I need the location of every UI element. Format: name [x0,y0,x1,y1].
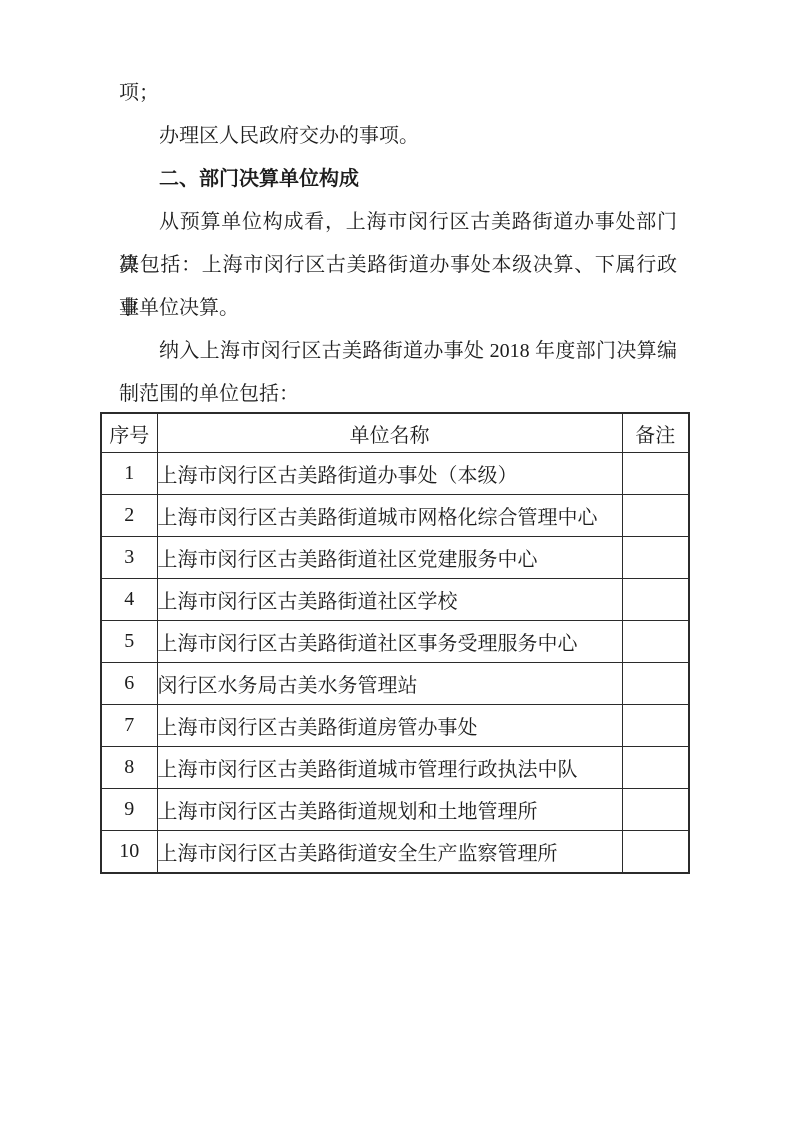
header-index: 序号 [101,413,157,453]
cell-remarks [622,495,689,537]
cell-index: 5 [101,621,157,663]
cell-remarks [622,789,689,831]
cell-index: 3 [101,537,157,579]
paragraph-scope-line-1: 从预算单位构成看，上海市闵行区古美路街道办事处部门决 [119,201,677,244]
cell-index: 2 [101,495,157,537]
section-heading: 二、部门决算单位构成 [119,158,677,201]
units-table: 序号 单位名称 备注 1 上海市闵行区古美路街道办事处（本级） 2 上海市闵行区… [100,412,690,874]
table-header-row: 序号 单位名称 备注 [101,413,689,453]
table-row: 9 上海市闵行区古美路街道规划和土地管理所 [101,789,689,831]
cell-remarks [622,705,689,747]
cell-remarks [622,537,689,579]
cell-remarks [622,621,689,663]
document-page: 项； 办理区人民政府交办的事项。 二、部门决算单位构成 从预算单位构成看，上海市… [0,0,793,1122]
cell-unit-name: 上海市闵行区古美路街道规划和土地管理所 [157,789,622,831]
paragraph-scope-line-2: 算包括：上海市闵行区古美路街道办事处本级决算、下属行政事 [119,244,677,287]
paragraph-scope-line-3: 业单位决算。 [119,287,677,330]
cell-index: 9 [101,789,157,831]
table-row: 10 上海市闵行区古美路街道安全生产监察管理所 [101,831,689,874]
paragraph-intro: 办理区人民政府交办的事项。 [119,115,677,158]
cell-unit-name: 上海市闵行区古美路街道社区党建服务中心 [157,537,622,579]
table-row: 1 上海市闵行区古美路街道办事处（本级） [101,453,689,495]
cell-unit-name: 闵行区水务局古美水务管理站 [157,663,622,705]
continuation-line: 项； [119,72,677,115]
cell-remarks [622,747,689,789]
cell-unit-name: 上海市闵行区古美路街道社区事务受理服务中心 [157,621,622,663]
cell-remarks [622,453,689,495]
cell-index: 8 [101,747,157,789]
header-unit-name: 单位名称 [157,413,622,453]
cell-remarks [622,831,689,874]
cell-index: 10 [101,831,157,874]
table-row: 4 上海市闵行区古美路街道社区学校 [101,579,689,621]
table-row: 2 上海市闵行区古美路街道城市网格化综合管理中心 [101,495,689,537]
paragraph-list-line-1: 纳入上海市闵行区古美路街道办事处 2018 年度部门决算编 [119,330,677,373]
cell-unit-name: 上海市闵行区古美路街道社区学校 [157,579,622,621]
cell-index: 4 [101,579,157,621]
table-row: 8 上海市闵行区古美路街道城市管理行政执法中队 [101,747,689,789]
header-remarks: 备注 [622,413,689,453]
body-text: 项； 办理区人民政府交办的事项。 二、部门决算单位构成 从预算单位构成看，上海市… [119,72,677,416]
cell-unit-name: 上海市闵行区古美路街道房管办事处 [157,705,622,747]
table-row: 6 闵行区水务局古美水务管理站 [101,663,689,705]
cell-unit-name: 上海市闵行区古美路街道办事处（本级） [157,453,622,495]
table-row: 5 上海市闵行区古美路街道社区事务受理服务中心 [101,621,689,663]
cell-unit-name: 上海市闵行区古美路街道安全生产监察管理所 [157,831,622,874]
cell-remarks [622,579,689,621]
paragraph-list-line-2: 制范围的单位包括： [119,373,677,416]
table-row: 3 上海市闵行区古美路街道社区党建服务中心 [101,537,689,579]
cell-index: 6 [101,663,157,705]
cell-unit-name: 上海市闵行区古美路街道城市管理行政执法中队 [157,747,622,789]
table-row: 7 上海市闵行区古美路街道房管办事处 [101,705,689,747]
cell-unit-name: 上海市闵行区古美路街道城市网格化综合管理中心 [157,495,622,537]
cell-remarks [622,663,689,705]
cell-index: 7 [101,705,157,747]
cell-index: 1 [101,453,157,495]
